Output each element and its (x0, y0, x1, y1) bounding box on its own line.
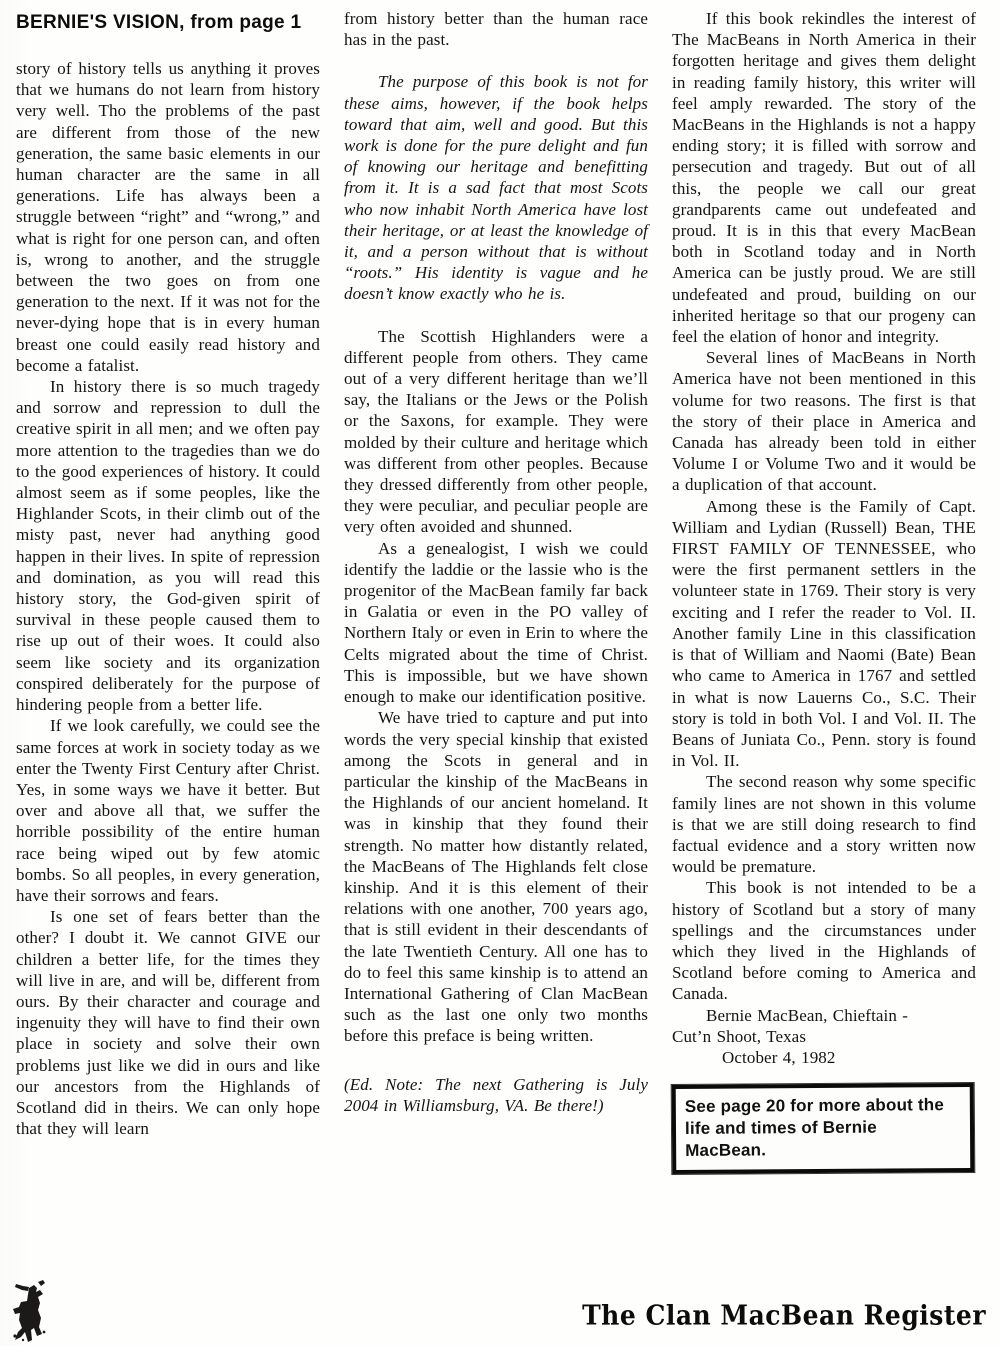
paragraph: Among these is the Family of Capt. Willi… (672, 496, 976, 772)
publication-title: The Clan MacBean Register (582, 1300, 986, 1331)
paragraph: (Ed. Note: The next Gathering is July 20… (344, 1074, 648, 1116)
paragraph: Cut’n Shoot, Texas (672, 1026, 976, 1047)
column-middle-body: from history better than the human race … (344, 8, 648, 1116)
paragraph: The purpose of this book is not for thes… (344, 71, 648, 304)
section-header: BERNIE'S VISION, from page 1 (16, 12, 320, 34)
column-right-body: If this book rekindles the interest of T… (672, 8, 976, 1068)
paragraph: The second reason why some specific fami… (672, 771, 976, 877)
paragraph: October 4, 1982 (672, 1047, 976, 1068)
paragraph: If this book rekindles the interest of T… (672, 8, 976, 347)
paragraph: As a genealogist, I wish we could identi… (344, 538, 648, 708)
paragraph: Several lines of MacBeans in North Ameri… (672, 347, 976, 495)
paragraph: story of history tells us anything it pr… (16, 58, 320, 376)
text-columns: BERNIE'S VISION, from page 1 story of hi… (0, 0, 1000, 1173)
paragraph: Is one set of fears better than the othe… (16, 906, 320, 1139)
paragraph: The Scottish Highlanders were a differen… (344, 326, 648, 538)
column-left-body: story of history tells us anything it pr… (16, 58, 320, 1139)
column-left: BERNIE'S VISION, from page 1 story of hi… (16, 8, 320, 1173)
see-page-20-notice-box: See page 20 for more about the life and … (672, 1083, 975, 1174)
paragraph: If we look carefully, we could see the s… (16, 715, 320, 906)
column-middle: from history better than the human race … (344, 8, 648, 1173)
column-right: If this book rekindles the interest of T… (672, 8, 976, 1173)
wildcat-crest-icon (8, 1280, 52, 1342)
see-page-20-notice-text: See page 20 for more about the life and … (685, 1094, 961, 1162)
paragraph: This book is not intended to be a histor… (672, 877, 976, 1004)
scanned-newsletter-page: BERNIE'S VISION, from page 1 story of hi… (0, 0, 1000, 1346)
paragraph: In history there is so much tragedy and … (16, 376, 320, 715)
paragraph: Bernie MacBean, Chieftain - (672, 1005, 976, 1026)
paragraph: from history better than the human race … (344, 8, 648, 50)
paragraph: We have tried to capture and put into wo… (344, 707, 648, 1046)
